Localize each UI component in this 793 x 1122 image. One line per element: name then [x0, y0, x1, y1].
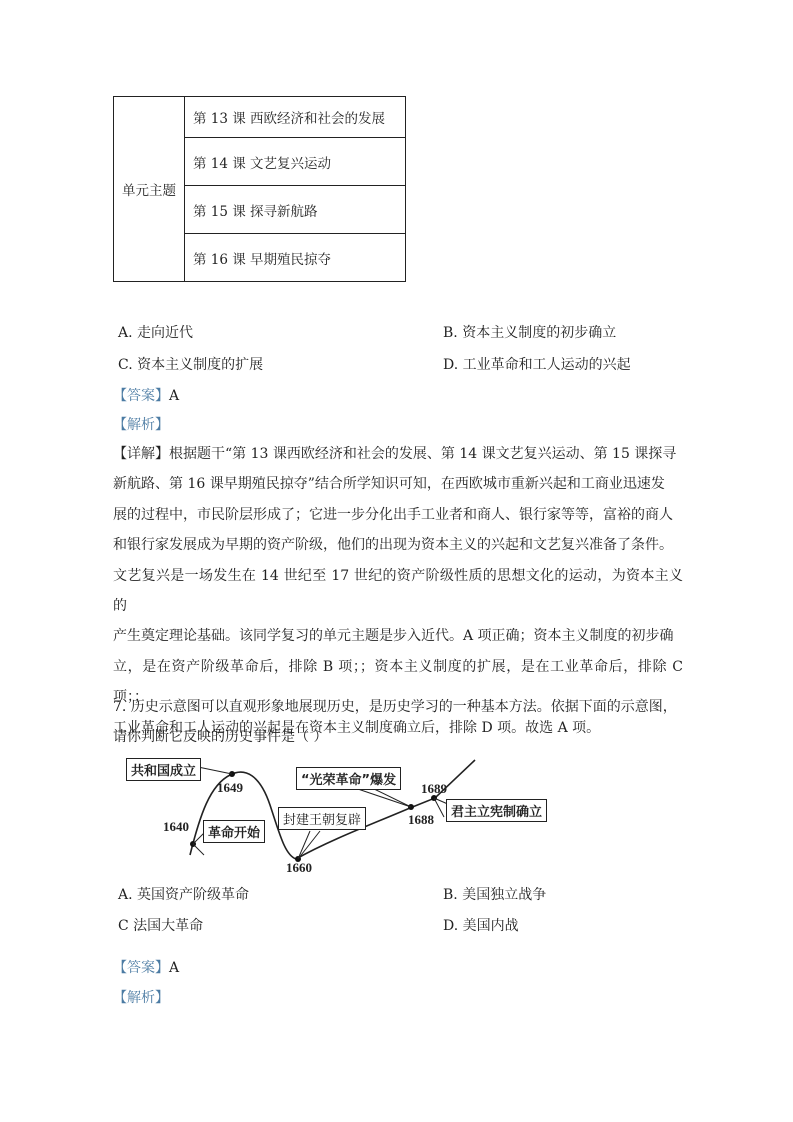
- event-label-constitutional-monarchy: 君主立宪制确立: [446, 799, 547, 822]
- year-1689: 1689: [421, 781, 447, 797]
- q7-option-d: D. 美国内战: [443, 915, 519, 935]
- q7-analysis: 【解析】: [113, 987, 169, 1007]
- q7-stem: 7. 历史示意图可以直观形象地展现历史，是历史学习的一种基本方法。依据下面的示意…: [113, 692, 683, 753]
- detail-line: 新航路、第 16 课早期殖民掠夺”结合所学知识可知，在西欧城市重新兴起和工商业迅…: [113, 469, 683, 499]
- lesson-13: 第 13 课 西欧经济和社会的发展: [185, 97, 406, 138]
- unit-theme-table: 单元主题 第 13 课 西欧经济和社会的发展 第 14 课 文艺复兴运动 第 1…: [113, 96, 406, 282]
- event-label-restoration: 封建王朝复辟: [278, 807, 366, 830]
- event-label-republic: 共和国成立: [126, 758, 201, 781]
- year-1640: 1640: [163, 819, 189, 835]
- detail-line: 产生奠定理论基础。该同学复习的单元主题是步入近代。A 项正确；资本主义制度的初步…: [113, 621, 683, 651]
- lesson-15: 第 15 课 探寻新航路: [185, 186, 406, 234]
- q7-option-b: B. 美国独立战争: [443, 884, 546, 904]
- answer-tag: 【答案】: [113, 388, 169, 404]
- lesson-14: 第 14 课 文艺复兴运动: [185, 138, 406, 186]
- detail-tag: 【详解】: [113, 446, 169, 462]
- lesson-16: 第 16 课 早期殖民掠夺: [185, 234, 406, 282]
- analysis-tag: 【解析】: [113, 417, 169, 433]
- answer-tag: 【答案】: [113, 960, 169, 976]
- event-label-glorious-revolution: “光荣革命”爆发: [296, 767, 401, 790]
- year-1660: 1660: [286, 860, 312, 876]
- analysis-tag: 【解析】: [113, 990, 169, 1006]
- year-1688: 1688: [408, 812, 434, 828]
- answer-value: A: [169, 960, 179, 976]
- q7-option-c: C 法国大革命: [118, 915, 203, 935]
- q6-analysis: 【解析】: [113, 414, 169, 434]
- event-label-revolution-start: 革命开始: [203, 820, 265, 843]
- q6-option-a: A. 走向近代: [118, 322, 193, 342]
- q6-answer: 【答案】A: [113, 385, 179, 405]
- detail-line: 【详解】根据题干“第 13 课西欧经济和社会的发展、第 14 课文艺复兴运动、第…: [113, 439, 683, 469]
- unit-theme-label: 单元主题: [114, 97, 185, 282]
- stem-line: 7. 历史示意图可以直观形象地展现历史，是历史学习的一种基本方法。依据下面的示意…: [113, 692, 683, 722]
- q6-option-d: D. 工业革命和工人运动的兴起: [443, 354, 631, 374]
- stem-line: 请你判断它反映的历史事件是（ ）: [113, 722, 683, 752]
- detail-line: 展的过程中，市民阶层形成了；它进一步分化出手工业者和商人、银行家等等，富裕的商人: [113, 500, 683, 530]
- q6-option-c: C. 资本主义制度的扩展: [118, 354, 263, 374]
- answer-value: A: [169, 388, 179, 404]
- q7-option-a: A. 英国资产阶级革命: [118, 884, 249, 904]
- detail-line: 和银行家发展成为早期的资产阶级，他们的出现为资本主义的兴起和文艺复兴准备了条件。: [113, 530, 683, 560]
- q7-answer: 【答案】A: [113, 957, 179, 977]
- year-1649: 1649: [217, 780, 243, 796]
- detail-line: 文艺复兴是一场发生在 14 世纪至 17 世纪的资产阶级性质的思想文化的运动，为…: [113, 561, 683, 622]
- q6-option-b: B. 资本主义制度的初步确立: [443, 322, 616, 342]
